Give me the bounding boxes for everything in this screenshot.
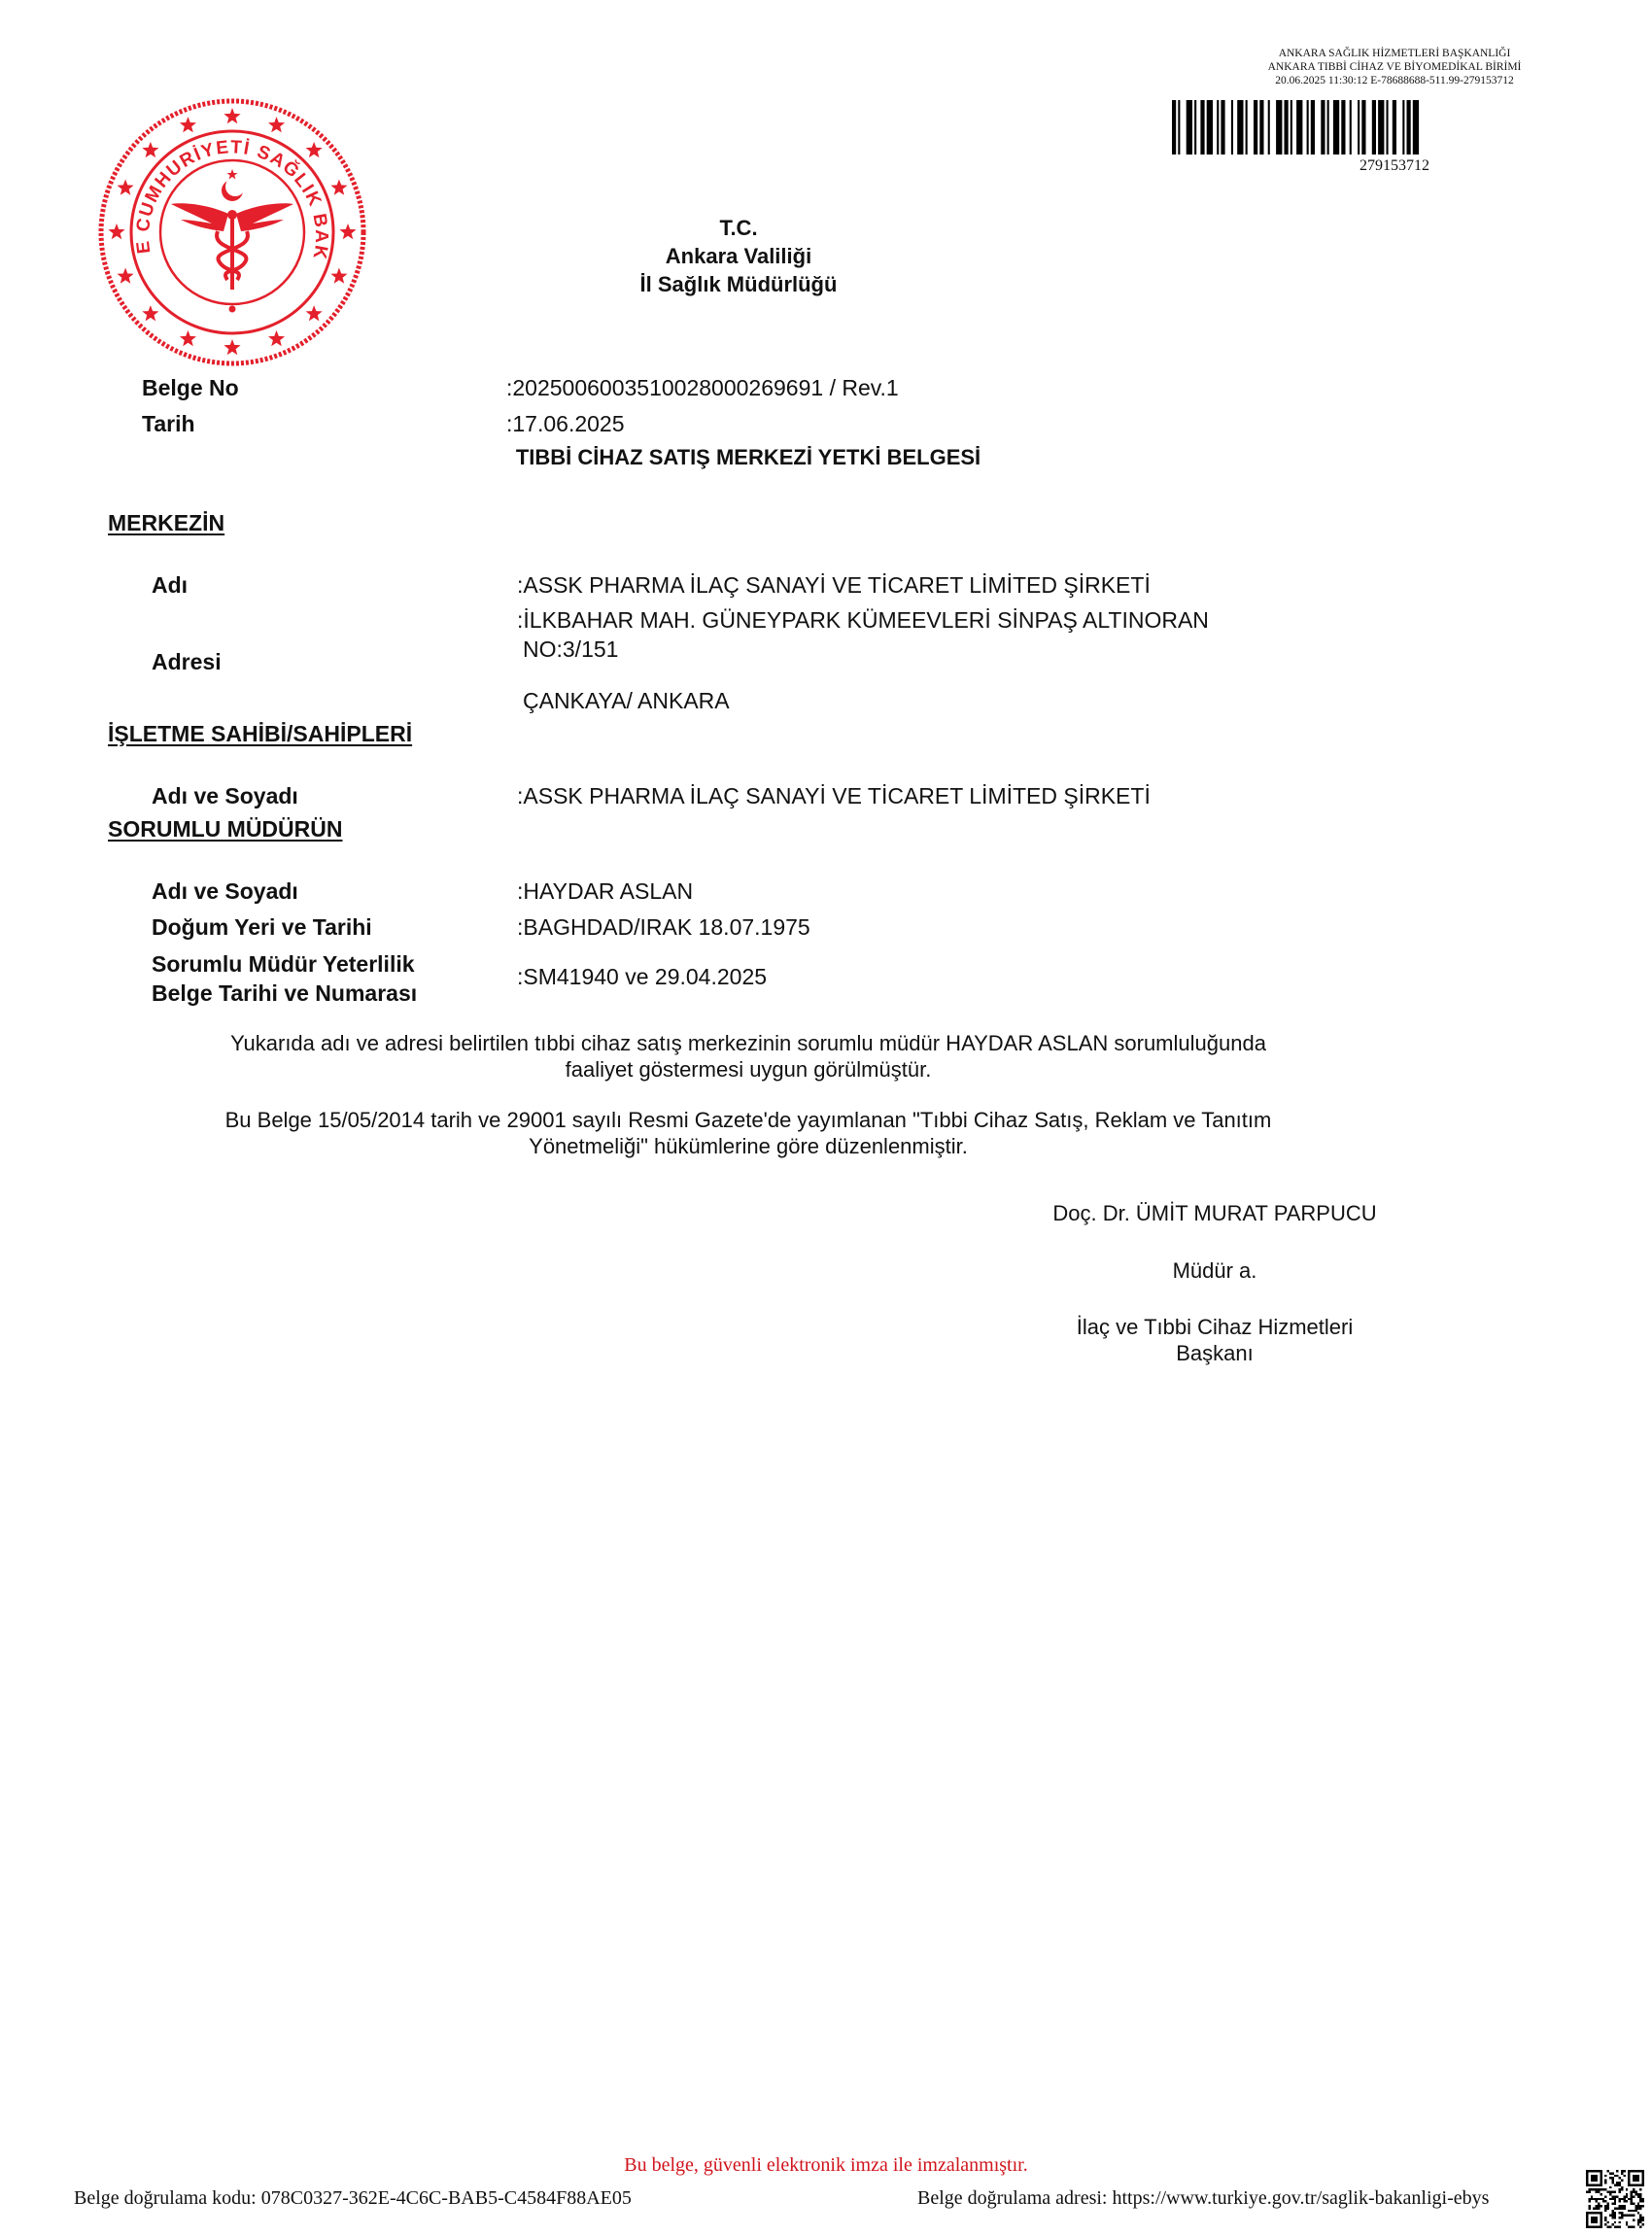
section-merkezin: MERKEZİN — [108, 510, 224, 536]
yeterlilik-label: Sorumlu Müdür Yeterlilik Belge Tarihi ve… — [152, 949, 417, 1008]
issuer-line-2: ANKARA TIBBİ CİHAZ VE BİYOMEDİKAL BİRİMİ — [1161, 60, 1628, 74]
belge-no-label: Belge No — [142, 375, 239, 401]
merkez-adres-line-1: :İLKBAHAR MAH. GÜNEYPARK KÜMEEVLERİ SİNP… — [517, 607, 1209, 634]
header-valilik: Ankara Valiliği — [544, 242, 933, 270]
issuer-line-1: ANKARA SAĞLIK HİZMETLERİ BAŞKANLIĞI — [1161, 47, 1628, 60]
section-sorumlu-mudur: SORUMLU MÜDÜRÜN — [108, 816, 342, 842]
sorumlu-adsoyad-value: :HAYDAR ASLAN — [517, 878, 693, 905]
section-isletme-sahibi: İŞLETME SAHİBİ/SAHİPLERİ — [108, 721, 412, 747]
merkez-adres-label: Adresi — [152, 649, 222, 675]
dogum-value: :BAGHDAD/IRAK 18.07.1975 — [517, 914, 810, 941]
header-mudurluk: İl Sağlık Müdürlüğü — [544, 270, 933, 298]
yeterlilik-value: :SM41940 ve 29.04.2025 — [517, 964, 767, 990]
header-tc: T.C. — [544, 214, 933, 242]
esign-note: Bu belge, güvenli elektronik imza ile im… — [0, 2154, 1652, 2177]
document-title: TIBBİ CİHAZ SATIŞ MERKEZİ YETKİ BELGESİ — [292, 445, 1205, 470]
tarih-value: :17.06.2025 — [506, 411, 625, 437]
approval-line-1: Yukarıda adı ve adresi belirtilen tıbbi … — [136, 1030, 1360, 1056]
merkez-adi-value: :ASSK PHARMA İLAÇ SANAYİ VE TİCARET LİMİ… — [517, 572, 1151, 599]
regulation-paragraph: Bu Belge 15/05/2014 tarih ve 29001 sayıl… — [136, 1107, 1360, 1159]
yeterlilik-label-line-1: Sorumlu Müdür Yeterlilik — [152, 949, 417, 979]
issuer-stamp: ANKARA SAĞLIK HİZMETLERİ BAŞKANLIĞI ANKA… — [1161, 47, 1628, 87]
yeterlilik-label-line-2: Belge Tarihi ve Numarası — [152, 979, 417, 1008]
approval-line-2: faaliyet göstermesi uygun görülmüştür. — [136, 1056, 1360, 1083]
dogum-label: Doğum Yeri ve Tarihi — [152, 914, 372, 941]
signatory-title-line-2: Başkanı — [1001, 1340, 1428, 1366]
barcode-icon — [1172, 100, 1600, 155]
issuer-header: T.C. Ankara Valiliği İl Sağlık Müdürlüğü — [544, 214, 933, 298]
isletme-adsoyad-value: :ASSK PHARMA İLAÇ SANAYİ VE TİCARET LİMİ… — [517, 783, 1151, 809]
isletme-adsoyad-label: Adı ve Soyadı — [152, 783, 298, 809]
qr-code-icon — [1586, 2169, 1644, 2229]
regulation-line-2: Yönetmeliği" hükümlerine göre düzenlenmi… — [136, 1133, 1360, 1159]
barcode-number: 279153712 — [1161, 157, 1628, 175]
signatory-role: Müdür a. — [1001, 1257, 1428, 1284]
issuer-line-3: 20.06.2025 11:30:12 E-78688688-511.99-27… — [1161, 74, 1628, 87]
approval-paragraph: Yukarıda adı ve adresi belirtilen tıbbi … — [136, 1030, 1360, 1083]
signatory-name: Doç. Dr. ÜMİT MURAT PARPUCU — [1001, 1200, 1428, 1226]
merkez-adres-line-2: NO:3/151 — [523, 636, 618, 663]
signatory-title: İlaç ve Tıbbi Cihaz Hizmetleri Başkanı — [1001, 1314, 1428, 1366]
belge-no-value: :20250060035100280002696​91 / Rev.1 — [506, 375, 899, 401]
signatory-title-line-1: İlaç ve Tıbbi Cihaz Hizmetleri — [1001, 1314, 1428, 1340]
ministry-of-health-seal-icon: TÜRKİYE CUMHURİYETİ SAĞLIK BAKANLIĞI — [95, 95, 369, 369]
tarih-label: Tarih — [142, 411, 195, 437]
verification-code: Belge doğrulama kodu: 078C0327-362E-4C6C… — [74, 2187, 632, 2210]
regulation-line-1: Bu Belge 15/05/2014 tarih ve 29001 sayıl… — [136, 1107, 1360, 1133]
merkez-adres-line-3: ÇANKAYA/ ANKARA — [523, 688, 730, 714]
merkez-adi-label: Adı — [152, 572, 188, 599]
verification-address[interactable]: Belge doğrulama adresi: https://www.turk… — [917, 2187, 1489, 2210]
sorumlu-adsoyad-label: Adı ve Soyadı — [152, 878, 298, 905]
